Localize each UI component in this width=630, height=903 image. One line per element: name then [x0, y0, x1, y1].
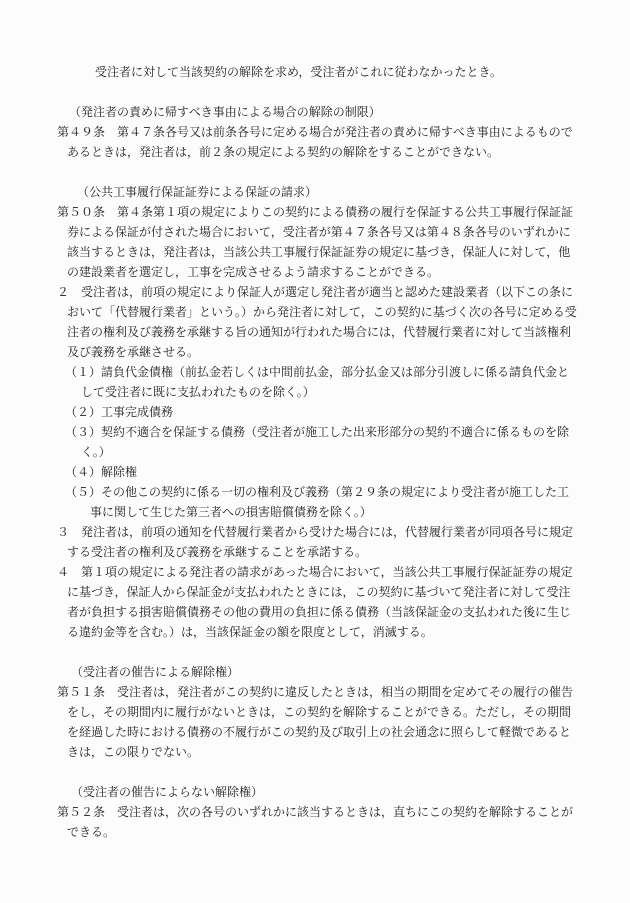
list-item-line: （２）工事完成債務	[65, 402, 587, 422]
paragraph-line: ３ 発注者は，前項の通知を代替履行業者から受けた場合には，代替履行業者が同項各号…	[57, 522, 587, 542]
article-line: 第５２条 受注者は，次の各号のいずれかに該当するときは，直ちにこの契約を解除する…	[57, 802, 587, 822]
section-heading-art49: （発注者の責めに帰すべき事由による場合の解除の制限）	[69, 102, 587, 122]
list-item-line: して受注者に既に支払われたものを除く。）	[81, 382, 587, 402]
blank-line	[57, 162, 587, 182]
article-line: きは，この限りでない。	[67, 742, 587, 762]
paragraph-line: 及び義務を承継させる。	[67, 342, 587, 362]
paragraph-line: る違約金等を含む。）は，当該保証金の額を限度として，消滅する。	[67, 622, 587, 642]
blank-line	[57, 82, 587, 102]
article-line: 第４９条 第４７条各号又は前条各号に定める場合が発注者の責めに帰すべき事由による…	[57, 122, 587, 142]
carryover-clause-line: 受注者に対して当該契約の解除を求め，受注者がこれに従わなかったとき。	[95, 62, 587, 82]
list-item-line: 事に関して生じた第三者への損害賠償債務を除く。）	[90, 502, 587, 522]
article-line: をし，その期間内に履行がないときは，この契約を解除することができる。ただし，その…	[67, 702, 587, 722]
list-item-line: （３）契約不適合を保証する債務（受注者が施工した出来形部分の契約不適合に係るもの…	[65, 422, 587, 442]
section-heading-art52: （受注者の催告によらない解除権）	[71, 782, 587, 802]
paragraph-line: 注者の権利及び義務を承継する旨の通知が行われた場合には，代替履行業者に対して当該…	[67, 322, 587, 342]
article-line: あるときは，発注者は，前２条の規定による契約の解除をすることができない。	[67, 142, 587, 162]
paragraph-line: ２ 受注者は，前項の規定により保証人が選定し発注者が適当と認めた建設業者（以下こ…	[57, 282, 587, 302]
paragraph-line: 者が負担する損害賠償債務その他の費用の負担に係る債務（当該保証金の支払われた後に…	[67, 602, 587, 622]
section-heading-art51: （受注者の催告による解除権）	[71, 662, 587, 682]
paragraph-line: に基づき，保証人から保証金が支払われたときには，この契約に基づいて発注者に対して…	[67, 582, 587, 602]
blank-line	[57, 642, 587, 662]
article-line: 券による保証が付された場合において，受注者が第４７条各号又は第４８条各号のいずれ…	[67, 222, 587, 242]
paragraph-line: おいて「代替履行業者」という。）から発注者に対して，この契約に基づく次の各号に定…	[67, 302, 587, 322]
article-line: 該当するときは，発注者は，当該公共工事履行保証証券の規定に基づき，保証人に対して…	[67, 242, 587, 262]
article-line: 第５０条 第４条第１項の規定によりこの契約による債務の履行を保証する公共工事履行…	[57, 202, 587, 222]
list-item-line: （４）解除権	[65, 462, 587, 482]
document-page: 受注者に対して当該契約の解除を求め，受注者がこれに従わなかったとき。 （発注者の…	[0, 0, 630, 903]
contract-text-body: 受注者に対して当該契約の解除を求め，受注者がこれに従わなかったとき。 （発注者の…	[57, 62, 587, 842]
article-line: できる。	[67, 822, 587, 842]
blank-line	[57, 762, 587, 782]
article-line: の建設業者を選定し，工事を完成させるよう請求することができる。	[67, 262, 587, 282]
list-item-line: く。）	[81, 442, 587, 462]
article-line: 第５１条 受注者は，発注者がこの契約に違反したときは，相当の期間を定めてその履行…	[57, 682, 587, 702]
list-item-line: （５）その他この契約に係る一切の権利及び義務（第２９条の規定により受注者が施工し…	[65, 482, 587, 502]
paragraph-line: する受注者の権利及び義務を承継することを承諾する。	[67, 542, 587, 562]
paragraph-line: ４ 第１項の規定による発注者の請求があった場合において，当該公共工事履行保証証券…	[57, 562, 587, 582]
list-item-line: （１）請負代金債権（前払金若しくは中間前払金，部分払金又は部分引渡しに係る請負代…	[65, 362, 587, 382]
article-line: を経過した時における債務の不履行がこの契約及び取引上の社会通念に照らして軽微であ…	[67, 722, 587, 742]
section-heading-art50: （公共工事履行保証証券による保証の請求）	[77, 182, 587, 202]
